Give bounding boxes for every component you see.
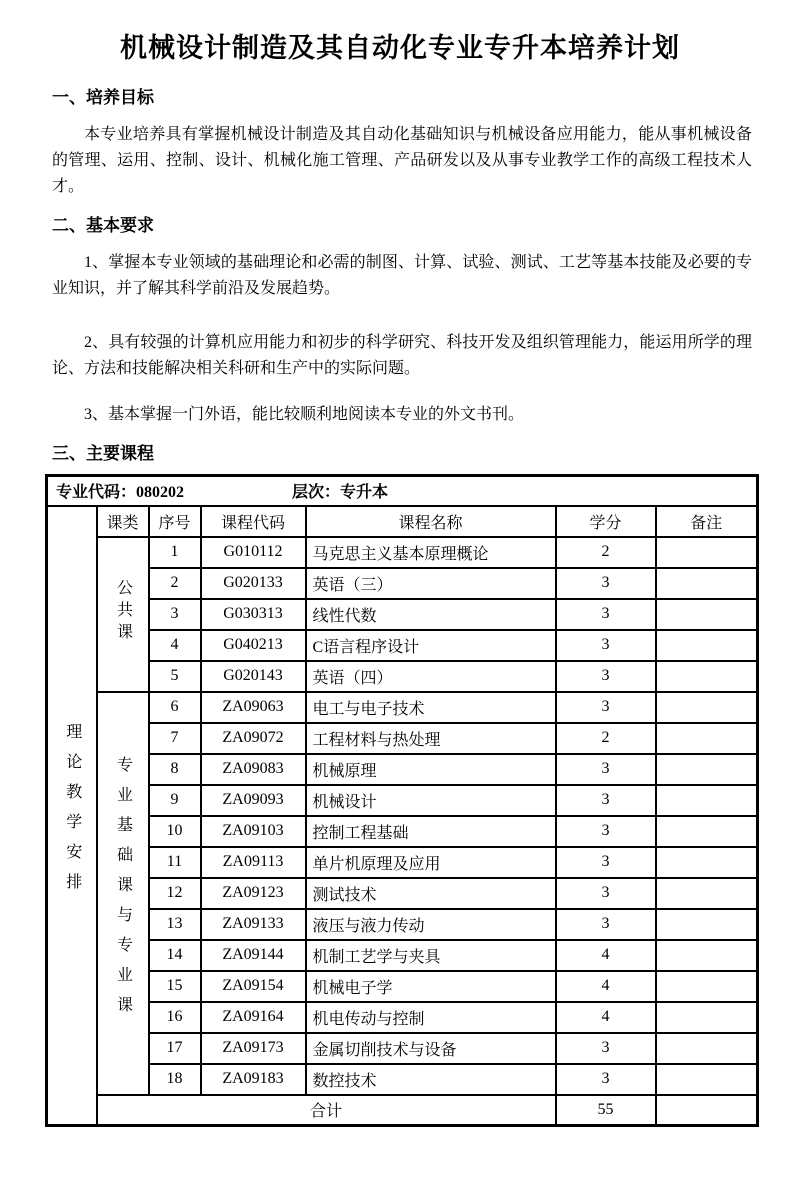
courses-table: 专业代码：080202层次：专升本 理论教学安排 课类 序号 课程代码 课程名称… — [45, 474, 759, 1127]
note-cell — [656, 909, 758, 940]
course-row: 专业基础课与专业课 6 ZA09063 电工与电子技术 3 — [47, 692, 758, 723]
course-row: 12 ZA09123 测试技术 3 — [47, 878, 758, 909]
major-code: 专业代码：080202 — [48, 479, 292, 502]
document-body: 一、培养目标 本专业培养具有掌握机械设计制造及其自动化基础知识与机械设备应用能力… — [52, 86, 752, 466]
note-cell — [656, 878, 758, 909]
group-label-public-cell: 公共课 — [97, 537, 149, 692]
table-header-row: 理论教学安排 课类 序号 课程代码 课程名称 学分 备注 — [47, 506, 758, 537]
seq-cell: 18 — [149, 1064, 201, 1095]
name-cell: 机械原理 — [306, 754, 556, 785]
name-cell: 液压与液力传动 — [306, 909, 556, 940]
name-cell: 机械设计 — [306, 785, 556, 816]
seq-cell: 7 — [149, 723, 201, 754]
note-cell — [656, 785, 758, 816]
name-cell: 工程材料与热处理 — [306, 723, 556, 754]
code-cell: ZA09072 — [201, 723, 306, 754]
course-row: 3 G030313 线性代数 3 — [47, 599, 758, 630]
note-cell — [656, 1002, 758, 1033]
total-row: 合计 55 — [47, 1095, 758, 1126]
seq-cell: 2 — [149, 568, 201, 599]
seq-cell: 17 — [149, 1033, 201, 1064]
group-label-professional-cell: 专业基础课与专业课 — [97, 692, 149, 1095]
seq-cell: 15 — [149, 971, 201, 1002]
name-cell: 数控技术 — [306, 1064, 556, 1095]
code-cell: G030313 — [201, 599, 306, 630]
name-cell: 金属切削技术与设备 — [306, 1033, 556, 1064]
name-cell: 电工与电子技术 — [306, 692, 556, 723]
requirement-item-3: 3、基本掌握一门外语，能比较顺利地阅读本专业的外文书刊。 — [52, 402, 752, 428]
section2-heading: 二、基本要求 — [52, 214, 752, 238]
course-row: 8 ZA09083 机械原理 3 — [47, 754, 758, 785]
course-row: 11 ZA09113 单片机原理及应用 3 — [47, 847, 758, 878]
note-cell — [656, 847, 758, 878]
requirement-item-2: 2、具有较强的计算机应用能力和初步的科学研究、科技开发及组织管理能力，能运用所学… — [52, 330, 752, 382]
seq-cell: 11 — [149, 847, 201, 878]
section1-heading: 一、培养目标 — [52, 86, 752, 110]
section3-heading: 三、主要课程 — [52, 442, 752, 466]
code-cell: ZA09063 — [201, 692, 306, 723]
group-label-public: 公共课 — [115, 579, 131, 645]
code-cell: ZA09123 — [201, 878, 306, 909]
col-header-course-type: 课类 — [97, 506, 149, 537]
course-row: 4 G040213 C语言程序设计 3 — [47, 630, 758, 661]
total-label-cell: 合计 — [97, 1095, 556, 1126]
note-cell — [656, 630, 758, 661]
name-cell: 线性代数 — [306, 599, 556, 630]
code-cell: ZA09154 — [201, 971, 306, 1002]
note-cell — [656, 723, 758, 754]
name-cell: C语言程序设计 — [306, 630, 556, 661]
course-row: 16 ZA09164 机电传动与控制 4 — [47, 1002, 758, 1033]
code-cell: ZA09144 — [201, 940, 306, 971]
seq-cell: 8 — [149, 754, 201, 785]
seq-cell: 1 — [149, 537, 201, 568]
credit-cell: 3 — [556, 1033, 656, 1064]
course-row: 9 ZA09093 机械设计 3 — [47, 785, 758, 816]
name-cell: 测试技术 — [306, 878, 556, 909]
side-label: 理论教学安排 — [64, 723, 80, 903]
credit-cell: 3 — [556, 785, 656, 816]
seq-cell: 4 — [149, 630, 201, 661]
note-cell — [656, 599, 758, 630]
note-cell — [656, 537, 758, 568]
course-row: 13 ZA09133 液压与液力传动 3 — [47, 909, 758, 940]
seq-cell: 10 — [149, 816, 201, 847]
note-cell — [656, 1064, 758, 1095]
name-cell: 机制工艺学与夹具 — [306, 940, 556, 971]
seq-cell: 6 — [149, 692, 201, 723]
group-label-professional: 专业基础课与专业课 — [115, 756, 131, 1026]
seq-cell: 14 — [149, 940, 201, 971]
seq-cell: 16 — [149, 1002, 201, 1033]
side-label-cell: 理论教学安排 — [47, 506, 97, 1126]
course-row: 7 ZA09072 工程材料与热处理 2 — [47, 723, 758, 754]
code-cell: ZA09093 — [201, 785, 306, 816]
credit-cell: 3 — [556, 816, 656, 847]
course-row: 17 ZA09173 金属切削技术与设备 3 — [47, 1033, 758, 1064]
code-cell: ZA09083 — [201, 754, 306, 785]
code-cell: ZA09183 — [201, 1064, 306, 1095]
seq-cell: 9 — [149, 785, 201, 816]
credit-cell: 3 — [556, 754, 656, 785]
course-row: 5 G020143 英语（四） 3 — [47, 661, 758, 692]
code-cell: ZA09113 — [201, 847, 306, 878]
seq-cell: 5 — [149, 661, 201, 692]
credit-cell: 3 — [556, 661, 656, 692]
col-header-seq: 序号 — [149, 506, 201, 537]
credit-cell: 3 — [556, 1064, 656, 1095]
meta-cell: 专业代码：080202层次：专升本 — [47, 476, 758, 506]
code-cell: G020143 — [201, 661, 306, 692]
section1-paragraph: 本专业培养具有掌握机械设计制造及其自动化基础知识与机械设备应用能力，能从事机械设… — [52, 122, 752, 200]
col-header-code: 课程代码 — [201, 506, 306, 537]
note-cell — [656, 692, 758, 723]
note-cell — [656, 568, 758, 599]
credit-cell: 2 — [556, 537, 656, 568]
seq-cell: 12 — [149, 878, 201, 909]
name-cell: 机械电子学 — [306, 971, 556, 1002]
name-cell: 英语（四） — [306, 661, 556, 692]
note-cell — [656, 1033, 758, 1064]
course-row: 15 ZA09154 机械电子学 4 — [47, 971, 758, 1002]
seq-cell: 3 — [149, 599, 201, 630]
name-cell: 机电传动与控制 — [306, 1002, 556, 1033]
code-cell: G040213 — [201, 630, 306, 661]
note-cell — [656, 940, 758, 971]
seq-cell: 13 — [149, 909, 201, 940]
note-cell — [656, 661, 758, 692]
course-row: 2 G020133 英语（三） 3 — [47, 568, 758, 599]
note-cell — [656, 1095, 758, 1126]
credit-cell: 4 — [556, 971, 656, 1002]
credit-cell: 3 — [556, 599, 656, 630]
document-page: 机械设计制造及其自动化专业专升本培养计划 一、培养目标 本专业培养具有掌握机械设… — [0, 0, 800, 1200]
code-cell: ZA09173 — [201, 1033, 306, 1064]
requirement-item-1: 1、掌握本专业领域的基础理论和必需的制图、计算、试验、测试、工艺等基本技能及必要… — [52, 250, 752, 302]
name-cell: 英语（三） — [306, 568, 556, 599]
credit-cell: 2 — [556, 723, 656, 754]
note-cell — [656, 971, 758, 1002]
credit-cell: 4 — [556, 940, 656, 971]
level: 层次：专升本 — [292, 484, 388, 501]
code-cell: G020133 — [201, 568, 306, 599]
name-cell: 单片机原理及应用 — [306, 847, 556, 878]
page-title: 机械设计制造及其自动化专业专升本培养计划 — [0, 0, 800, 66]
course-row: 公共课 1 G010112 马克思主义基本原理概论 2 — [47, 537, 758, 568]
code-cell: ZA09133 — [201, 909, 306, 940]
col-header-name: 课程名称 — [306, 506, 556, 537]
col-header-note: 备注 — [656, 506, 758, 537]
code-cell: G010112 — [201, 537, 306, 568]
name-cell: 马克思主义基本原理概论 — [306, 537, 556, 568]
credit-cell: 3 — [556, 630, 656, 661]
credit-cell: 3 — [556, 847, 656, 878]
course-row: 18 ZA09183 数控技术 3 — [47, 1064, 758, 1095]
credit-cell: 3 — [556, 568, 656, 599]
course-row: 10 ZA09103 控制工程基础 3 — [47, 816, 758, 847]
total-credits-cell: 55 — [556, 1095, 656, 1126]
credit-cell: 3 — [556, 692, 656, 723]
table-meta-row: 专业代码：080202层次：专升本 — [47, 476, 758, 506]
credit-cell: 3 — [556, 909, 656, 940]
note-cell — [656, 754, 758, 785]
code-cell: ZA09164 — [201, 1002, 306, 1033]
note-cell — [656, 816, 758, 847]
credit-cell: 4 — [556, 1002, 656, 1033]
code-cell: ZA09103 — [201, 816, 306, 847]
credit-cell: 3 — [556, 878, 656, 909]
name-cell: 控制工程基础 — [306, 816, 556, 847]
course-row: 14 ZA09144 机制工艺学与夹具 4 — [47, 940, 758, 971]
col-header-credits: 学分 — [556, 506, 656, 537]
